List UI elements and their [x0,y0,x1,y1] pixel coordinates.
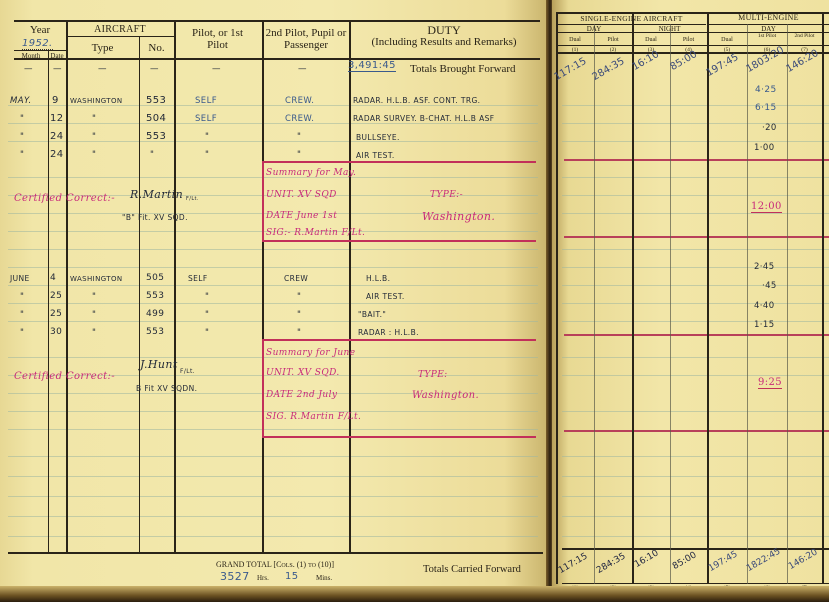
multi-day-label: DAY [708,25,829,33]
time-entry: 1·00 [754,143,775,153]
dash: — [298,64,307,74]
grand-total-hours: 3527 [220,570,250,583]
mins-label: Mins. [316,574,332,582]
dash: — [98,64,107,74]
grand-total-label: GRAND TOTAL [Cols. (1) to (10)] [216,560,334,569]
time-entry: 4·40 [754,301,775,311]
signature: J.Hunt [140,358,178,371]
duty-label: DUTY [349,24,539,36]
aircraft-label: AIRCRAFT [66,24,174,36]
time-entry: 2·45 [754,262,775,272]
second-pilot-label: 2nd Pilot, Pupil or Passenger [264,27,348,51]
logbook-right-page: SINGLE-ENGINE AIRCRAFT MULTI-ENGINE DAY … [552,0,829,602]
june-total: 9:25 [758,377,782,389]
time-entry: 1·15 [754,320,775,330]
page-edge-shadow [0,586,829,602]
time-entry: 6·15 [755,103,777,113]
single-engine-label: SINGLE-ENGINE AIRCRAFT [556,14,707,23]
night-label: NIGHT [632,25,707,33]
day-label: DAY [556,25,632,33]
pilot-label: Pilot, or 1st Pilot [190,27,245,51]
hrs-label: Hrs. [257,574,269,582]
totals-brought-forward-label: Totals Brought Forward [410,63,516,75]
date-label: Date [48,52,66,60]
time-entry: 4·25 [755,85,777,95]
multi-engine-label: MULTI-ENGINE [708,13,829,22]
signature: R.Martin [130,188,183,201]
year-label: Year [14,24,66,36]
time-entry: ·20 [762,123,777,133]
logbook-left-page: Year 1952. Month Date AIRCRAFT Type No. … [0,0,548,602]
time-entry: ·45 [762,281,777,291]
dash: — [212,64,221,74]
year-value: 1952. [22,38,53,50]
duty-sub-label: (Including Results and Remarks) [349,36,539,48]
totals-carried-forward-label: Totals Carried Forward [423,564,521,575]
dash: — [53,64,62,74]
grand-total-mins: 15 [285,571,299,582]
dash: — [24,64,33,74]
brought-forward-total: 3,491:45 [348,60,396,72]
month-label: Month [14,52,48,60]
no-label: No. [139,42,174,54]
dash: — [150,64,159,74]
type-label: Type [66,42,139,54]
may-total: 12:00 [751,201,782,213]
